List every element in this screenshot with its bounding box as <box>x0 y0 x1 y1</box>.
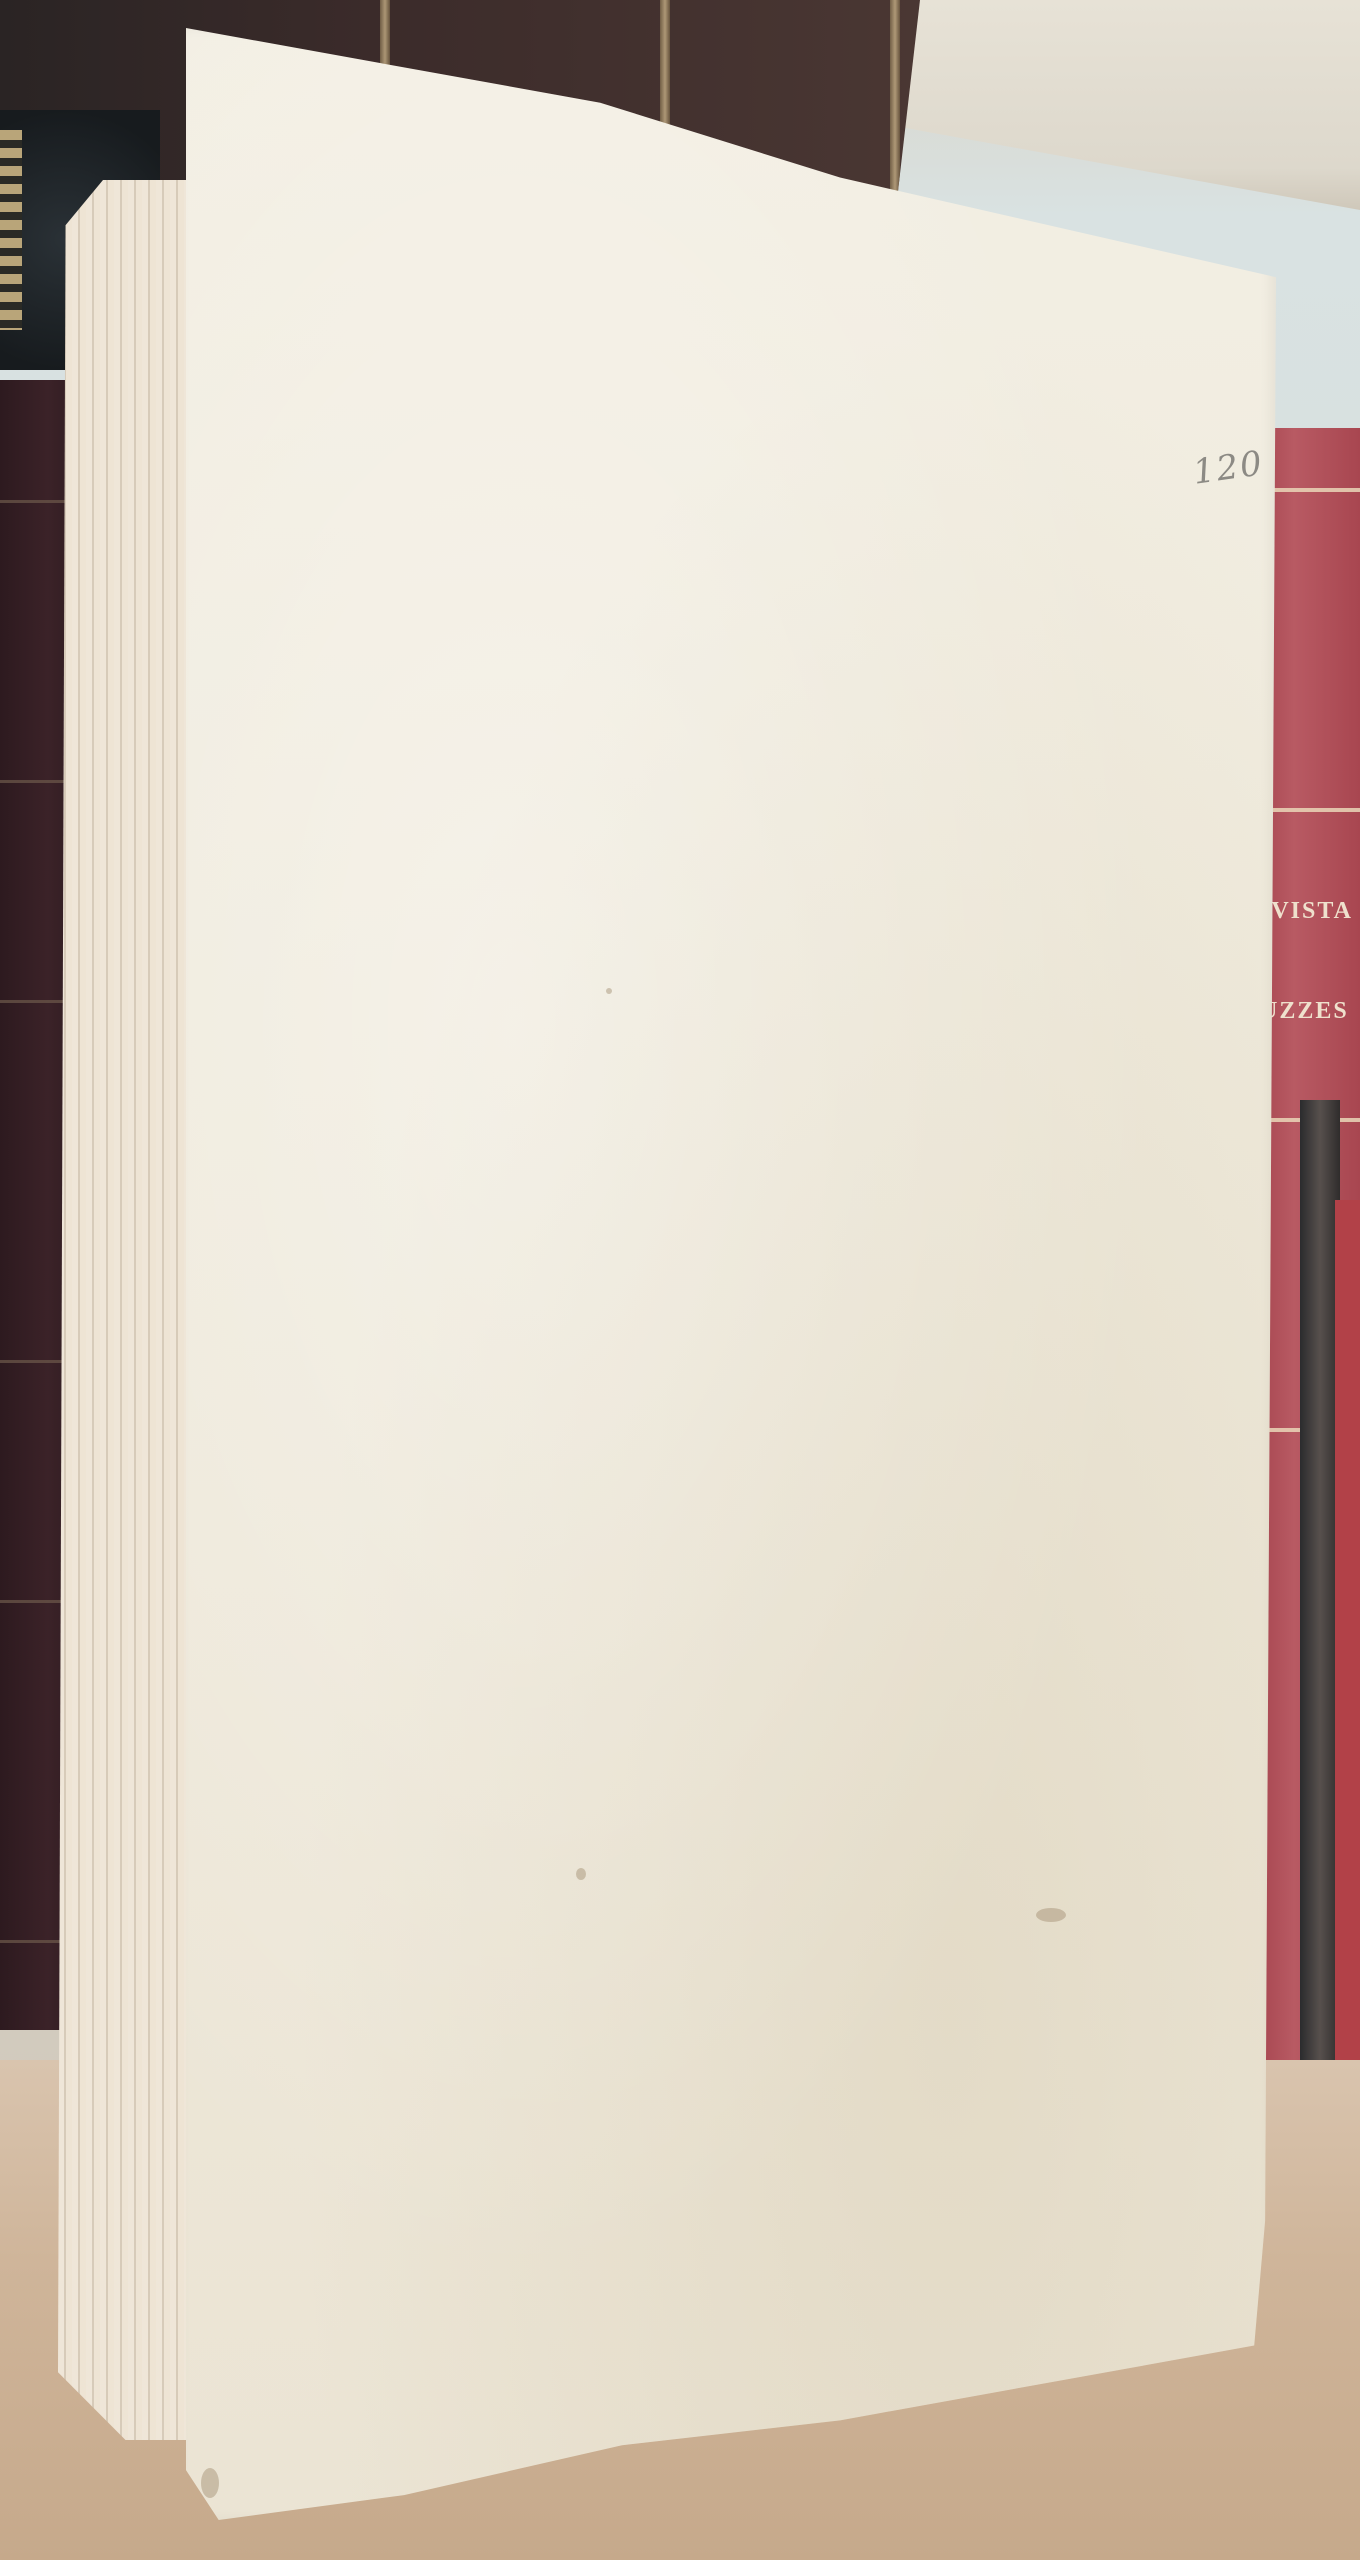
stain <box>606 988 612 994</box>
page-edges <box>58 180 208 2440</box>
far-right-red-book <box>1335 1200 1360 2100</box>
stain <box>201 2468 219 2498</box>
spine-title-line-1: IVISTA <box>1260 898 1360 925</box>
stain <box>576 1868 586 1880</box>
gilt-lettering <box>0 130 22 330</box>
thin-dark-book <box>1300 1100 1340 2100</box>
stain <box>1036 1908 1066 1922</box>
spine-title-line-2: UZZES <box>1260 998 1360 1025</box>
blank-book-cover <box>186 28 1276 2520</box>
